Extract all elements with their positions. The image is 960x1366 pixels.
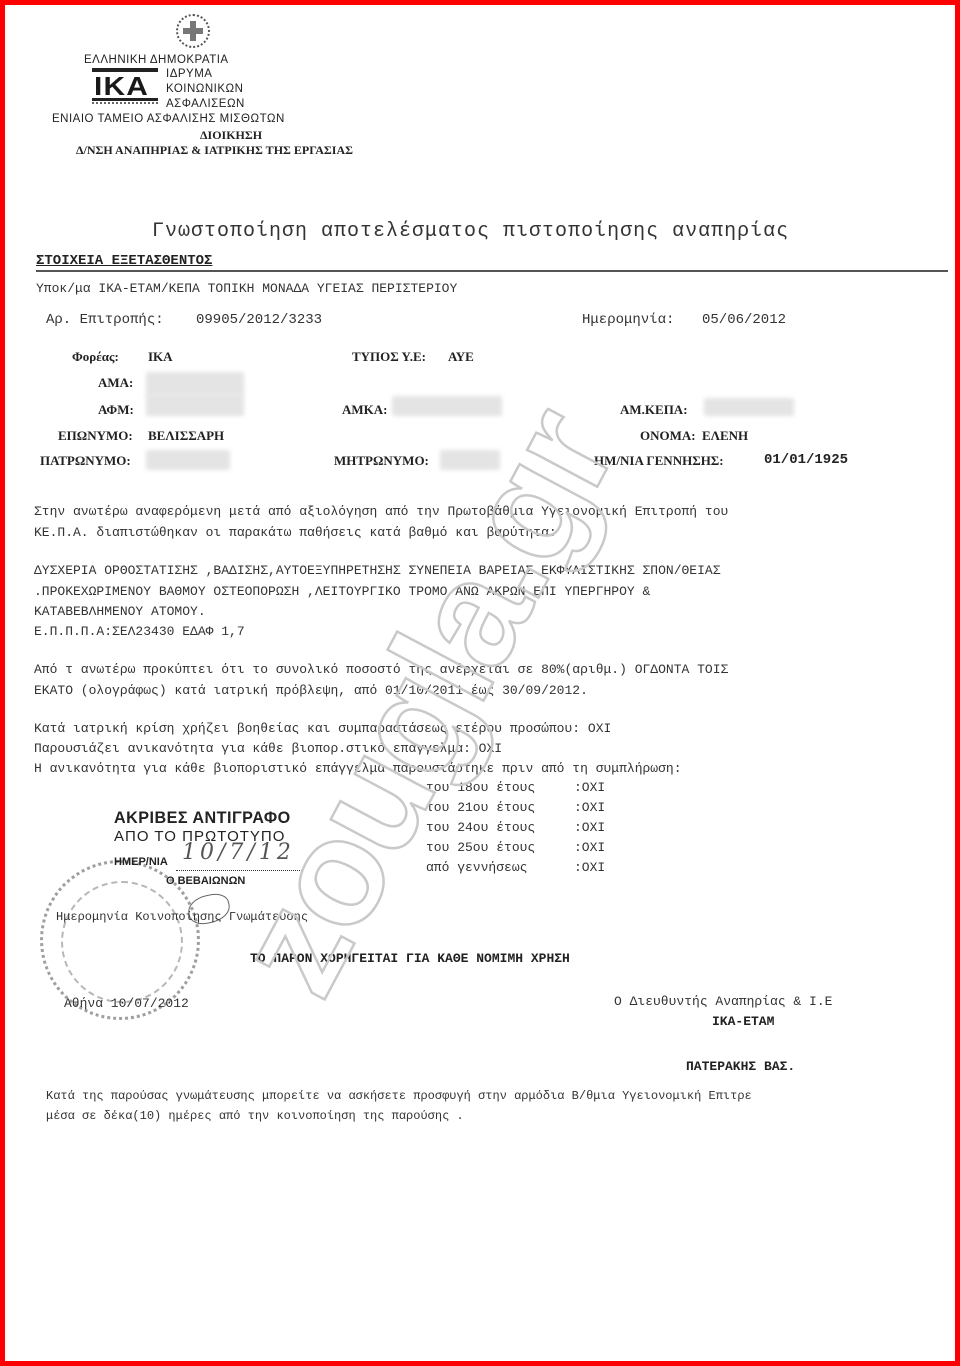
surname-value: ΒΕΛΙΣΣΑΡΗ — [148, 428, 224, 444]
name-label: ΟΝΟΜΑ: — [640, 428, 696, 444]
incapacity-line: Παρουσιάζει ανικανότητα για κάθε βιοπορ.… — [34, 741, 502, 756]
watermark: zougla.gr — [200, 383, 649, 1021]
diagnosis-code: Ε.Π.Π.Π.Α:ΣΕΛ23430 ΕΔΑΦ 1,7 — [34, 624, 245, 639]
age-row-label: από γεννήσεως — [426, 860, 527, 875]
administration-label: ΔΙΟΙΚΗΣΗ — [200, 128, 262, 143]
age-row-label: του 25ου έτους — [426, 840, 535, 855]
section-divider — [36, 270, 948, 272]
type-label: ΤΥΠΟΣ Υ.Ε: — [352, 349, 426, 365]
intro-line-2: ΚΕ.Π.Α. διαπιστώθηκαν οι παρακάτω παθήσε… — [34, 525, 557, 540]
afm-label: ΑΦΜ: — [98, 402, 134, 418]
type-value: ΑΥΕ — [448, 349, 474, 365]
mother-name-redacted — [440, 450, 500, 470]
amka-redacted — [392, 396, 502, 416]
directorate-label: Δ/ΝΣΗ ΑΝΑΠΗΡΙΑΣ & ΙΑΤΡΙΚΗΣ ΤΗΣ ΕΡΓΑΣΙΑΣ — [76, 143, 353, 158]
amka-label: ΑΜΚΑ: — [342, 402, 388, 418]
appeal-line-1: Κατά της παρούσας γνωμάτευσης μπορείτε ν… — [46, 1089, 752, 1103]
age-row-value: :ΟΧΙ — [574, 800, 605, 815]
name-value: ΕΛΕΝΗ — [702, 428, 748, 444]
republic-label: ΕΛΛΗΝΙΚΗ ΔΗΜΟΚΡΑΤΙΑ — [84, 54, 229, 66]
assistance-line: Κατά ιατρική κρίση χρήζει βοηθείας και σ… — [34, 721, 611, 736]
mother-name-label: ΜΗΤΡΩΝΥΜΟ: — [334, 453, 429, 469]
director-title: Ο Διευθυντής Αναπηρίας & Ι.Ε — [614, 994, 832, 1009]
diagnosis-line-3: ΚΑΤΑΒΕΒΛΗΜΕΝΟΥ ΑΤΟΜΟΥ. — [34, 604, 206, 619]
date-label: Ημερομηνία: — [582, 312, 674, 328]
age-row-value: :ΟΧΙ — [574, 860, 605, 875]
diagnosis-line-2: .ΠΡΟΚΕΧΩΡΙΜΕΝΟΥ ΒΑΘΜΟΥ ΟΣΤΕΟΠΟΡΩΣΗ ,ΛΕΙΤ… — [34, 584, 650, 599]
before-completion-line: Η ανικανότητα για κάθε βιοποριστικό επάγ… — [34, 761, 682, 776]
percentage-line-2: ΕΚΑΤΟ (ολογράφως) κατά ιατρική πρόβλεψη,… — [34, 683, 588, 698]
carrier-value: ΙΚΑ — [148, 349, 173, 365]
director-name: ΠΑΤΕΡΑΚΗΣ ΒΑΣ. — [686, 1059, 795, 1074]
father-name-label: ΠΑΤΡΩΝΥΜΟ: — [40, 453, 131, 469]
institution-line-1: ΙΔΡΥΜΑ — [166, 68, 212, 80]
institution-line-3: ΑΣΦΑΛΙΣΕΩΝ — [166, 98, 245, 110]
intro-line-1: Στην ανωτέρω αναφερόμενη μετά από αξιολό… — [34, 504, 728, 519]
amkepa-redacted — [704, 398, 794, 416]
dob-label: ΗΜ/ΝΙΑ ΓΕΝΝΗΣΗΣ: — [594, 453, 724, 469]
committee-label: Αρ. Επιτροπής: — [46, 312, 164, 328]
institution-line-2: ΚΟΙΝΩΝΙΚΩΝ — [166, 83, 243, 95]
age-row-label: του 24ου έτους — [426, 820, 535, 835]
father-name-redacted — [146, 450, 230, 470]
ama-redacted — [146, 372, 244, 396]
amkepa-label: ΑΜ.ΚΕΠΑ: — [620, 402, 688, 418]
ama-label: ΑΜΑ: — [98, 375, 133, 391]
appeal-line-2: μέσα σε δέκα(10) ημέρες από την κοινοποί… — [46, 1109, 464, 1123]
stamp-date-label: ΗΜΕΡ/ΝΙΑ — [114, 856, 168, 868]
section-heading: ΣΤΟΙΧΕΙΑ ΕΞΕΤΑΣΘΕΝΤΟΣ — [36, 253, 212, 269]
age-row-label: του 18ου έτους — [426, 780, 535, 795]
place-and-date: Αθήνα 10/07/2012 — [64, 996, 189, 1011]
stamp-line-1: ΑΚΡΙΒΕΣ ΑΝΤΙΓΡΑΦΟ — [114, 808, 291, 828]
certifier-label: Ο ΒΕΒΑΙΩΝΩΝ — [166, 875, 245, 887]
carrier-label: Φορέας: — [72, 349, 119, 365]
committee-number: 09905/2012/3233 — [196, 312, 322, 328]
document-date: 05/06/2012 — [702, 312, 786, 328]
surname-label: ΕΠΩΝΥΜΟ: — [58, 428, 133, 444]
handwritten-date: 10/7/12 — [182, 840, 295, 865]
director-organization: ΙΚΑ-ΕΤΑΜ — [712, 1014, 774, 1029]
ika-logo: IKA — [92, 68, 160, 108]
age-row-value: :ΟΧΙ — [574, 820, 605, 835]
notification-date-label: Ημερομηνία Κοινοποίησης Γνωμάτευσης — [56, 910, 308, 924]
dob-value: 01/01/1925 — [764, 452, 848, 468]
greek-state-emblem-icon — [176, 14, 210, 48]
diagnosis-line-1: ΔΥΣΧΕΡΙΑ ΟΡΘΟΣΤΑΤΙΣΗΣ ,ΒΑΔΙΣΗΣ,ΑΥΤΟΕΞΥΠΗ… — [34, 563, 721, 578]
branch-line: Υποκ/μα ΙΚΑ-ΕΤΑΜ/ΚΕΠΑ ΤΟΠΙΚΗ ΜΟΝΑΔΑ ΥΓΕΙ… — [36, 281, 457, 296]
fund-label: ΕΝΙΑΙΟ ΤΑΜΕΙΟ ΑΣΦΑΛΙΣΗΣ ΜΙΣΘΩΤΩΝ — [52, 113, 285, 125]
percentage-line-1: Από τ ανωτέρω προκύπτει ότι το συνολικό … — [34, 662, 728, 677]
age-row-value: :ΟΧΙ — [574, 780, 605, 795]
legal-use-statement: ΤΟ ΠΑΡΟΝ ΧΟΡΗΓΕΙΤΑΙ ΓΙΑ ΚΑΘΕ ΝΟΜΙΜΗ ΧΡΗΣ… — [250, 951, 570, 966]
age-row-value: :ΟΧΙ — [574, 840, 605, 855]
age-row-label: του 21ου έτους — [426, 800, 535, 815]
afm-redacted — [146, 394, 244, 416]
document-title: Γνωστοποίηση αποτελέσματος πιστοποίησης … — [152, 220, 789, 243]
